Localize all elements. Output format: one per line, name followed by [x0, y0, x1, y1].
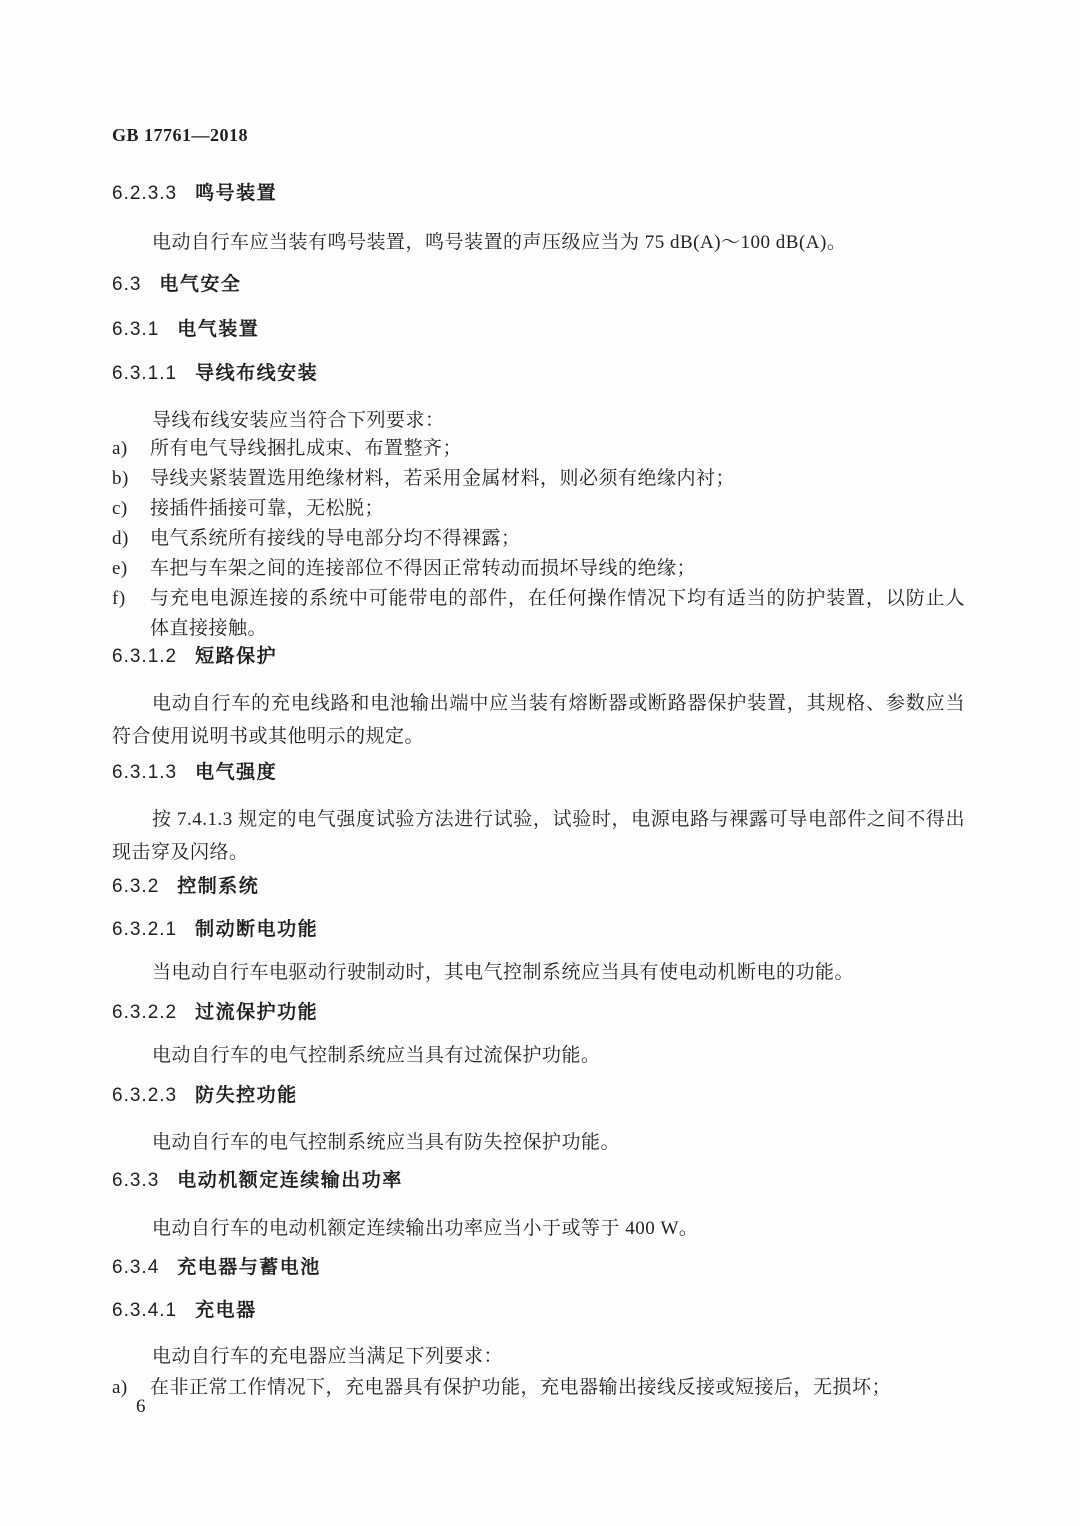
clause-number: 6.3.4 [112, 1257, 159, 1278]
clause-number: 6.3.1.2 [112, 646, 177, 667]
paragraph-electric-strength: 按 7.4.1.3 规定的电气强度试验方法进行试验，试验时，电源电路与裸露可导电… [112, 803, 965, 869]
clause-heading-6-3-3: 6.3.3电动机额定连续输出功率 [112, 1168, 965, 1194]
list-item-label: f) [112, 584, 150, 614]
clause-number: 6.3 [112, 274, 141, 295]
clause-title: 导线布线安装 [195, 363, 318, 384]
list-item: f) 与充电电源连接的系统中可能带电的部件，在任何操作情况下均有适当的防护装置，… [112, 584, 965, 644]
paragraph-charger-intro: 电动自行车的充电器应当满足下列要求： [112, 1340, 965, 1373]
list-item: a) 所有电气导线捆扎成束、布置整齐； [112, 434, 965, 464]
list-item: d) 电气系统所有接线的导电部分均不得裸露； [112, 524, 965, 554]
clause-heading-6-2-3-3: 6.2.3.3鸣号装置 [112, 181, 965, 207]
clause-number: 6.3.2 [112, 876, 159, 897]
list-item-label: d) [112, 524, 150, 554]
clause-title: 短路保护 [195, 646, 277, 667]
clause-number: 6.3.2.1 [112, 919, 177, 940]
clause-title: 电气安全 [159, 274, 241, 295]
list-item-label: c) [112, 494, 150, 524]
clause-number: 6.3.1.1 [112, 363, 177, 384]
page-number: 6 [136, 1396, 965, 1418]
clause-title: 鸣号装置 [195, 183, 277, 204]
standard-number: GB 17761—2018 [112, 125, 965, 146]
clause-number: 6.2.3.3 [112, 183, 177, 204]
paragraph-wiring-intro: 导线布线安装应当符合下列要求： [112, 404, 965, 437]
list-item-label: a) [112, 434, 150, 464]
clause-heading-6-3-1-1: 6.3.1.1导线布线安装 [112, 361, 965, 387]
paragraph-anti-runaway: 电动自行车的电气控制系统应当具有防失控保护功能。 [112, 1126, 965, 1159]
clause-heading-6-3-2-3: 6.3.2.3防失控功能 [112, 1083, 965, 1109]
clause-title: 充电器与蓄电池 [177, 1257, 321, 1278]
paragraph-short-circuit: 电动自行车的充电线路和电池输出端中应当装有熔断器或断路器保护装置，其规格、参数应… [112, 687, 965, 753]
clause-title: 电气装置 [177, 319, 259, 340]
clause-number: 6.3.3 [112, 1170, 159, 1191]
clause-number: 6.3.2.2 [112, 1002, 177, 1023]
clause-heading-6-3-1: 6.3.1电气装置 [112, 317, 965, 343]
paragraph-motor-power: 电动自行车的电动机额定连续输出功率应当小于或等于 400 W。 [112, 1212, 965, 1245]
list-item-label: b) [112, 464, 150, 494]
clause-title: 充电器 [195, 1300, 257, 1321]
paragraph-horn-device: 电动自行车应当装有鸣号装置，鸣号装置的声压级应当为 75 dB(A)～100 d… [112, 226, 965, 259]
clause-heading-6-3-4: 6.3.4充电器与蓄电池 [112, 1255, 965, 1281]
clause-number: 6.3.1 [112, 319, 159, 340]
list-item: e) 车把与车架之间的连接部位不得因正常转动而损坏导线的绝缘； [112, 554, 965, 584]
clause-heading-6-3-2-1: 6.3.2.1制动断电功能 [112, 917, 965, 943]
clause-title: 电气强度 [195, 762, 277, 783]
list-item-text: 所有电气导线捆扎成束、布置整齐； [150, 434, 965, 464]
clause-title: 电动机额定连续输出功率 [177, 1170, 403, 1191]
clause-number: 6.3.4.1 [112, 1300, 177, 1321]
clause-number: 6.3.2.3 [112, 1085, 177, 1106]
clause-heading-6-3-4-1: 6.3.4.1充电器 [112, 1298, 965, 1324]
document-page: GB 17761—2018 6.2.3.3鸣号装置 电动自行车应当装有鸣号装置，… [0, 0, 1080, 1526]
clause-title: 过流保护功能 [195, 1002, 318, 1023]
wiring-requirement-list: a) 所有电气导线捆扎成束、布置整齐； b) 导线夹紧装置选用绝缘材料，若采用金… [112, 434, 965, 644]
list-item: b) 导线夹紧装置选用绝缘材料，若采用金属材料，则必须有绝缘内衬； [112, 464, 965, 494]
clause-title: 制动断电功能 [195, 919, 318, 940]
clause-heading-6-3-2-2: 6.3.2.2过流保护功能 [112, 1000, 965, 1026]
list-item-text: 与充电电源连接的系统中可能带电的部件，在任何操作情况下均有适当的防护装置，以防止… [150, 584, 965, 644]
clause-number: 6.3.1.3 [112, 762, 177, 783]
list-item: c) 接插件插接可靠，无松脱； [112, 494, 965, 524]
list-item-text: 电气系统所有接线的导电部分均不得裸露； [150, 524, 965, 554]
list-item-text: 车把与车架之间的连接部位不得因正常转动而损坏导线的绝缘； [150, 554, 965, 584]
list-item-text: 导线夹紧装置选用绝缘材料，若采用金属材料，则必须有绝缘内衬； [150, 464, 965, 494]
clause-title: 防失控功能 [195, 1085, 298, 1106]
clause-heading-6-3-1-3: 6.3.1.3电气强度 [112, 760, 965, 786]
clause-heading-6-3-2: 6.3.2控制系统 [112, 874, 965, 900]
paragraph-overcurrent: 电动自行车的电气控制系统应当具有过流保护功能。 [112, 1039, 965, 1072]
clause-title: 控制系统 [177, 876, 259, 897]
list-item-label: e) [112, 554, 150, 584]
clause-heading-6-3: 6.3电气安全 [112, 272, 965, 298]
paragraph-brake-cutoff: 当电动自行车电驱动行驶制动时，其电气控制系统应当具有使电动机断电的功能。 [112, 956, 965, 989]
list-item-text: 接插件插接可靠，无松脱； [150, 494, 965, 524]
clause-heading-6-3-1-2: 6.3.1.2短路保护 [112, 644, 965, 670]
